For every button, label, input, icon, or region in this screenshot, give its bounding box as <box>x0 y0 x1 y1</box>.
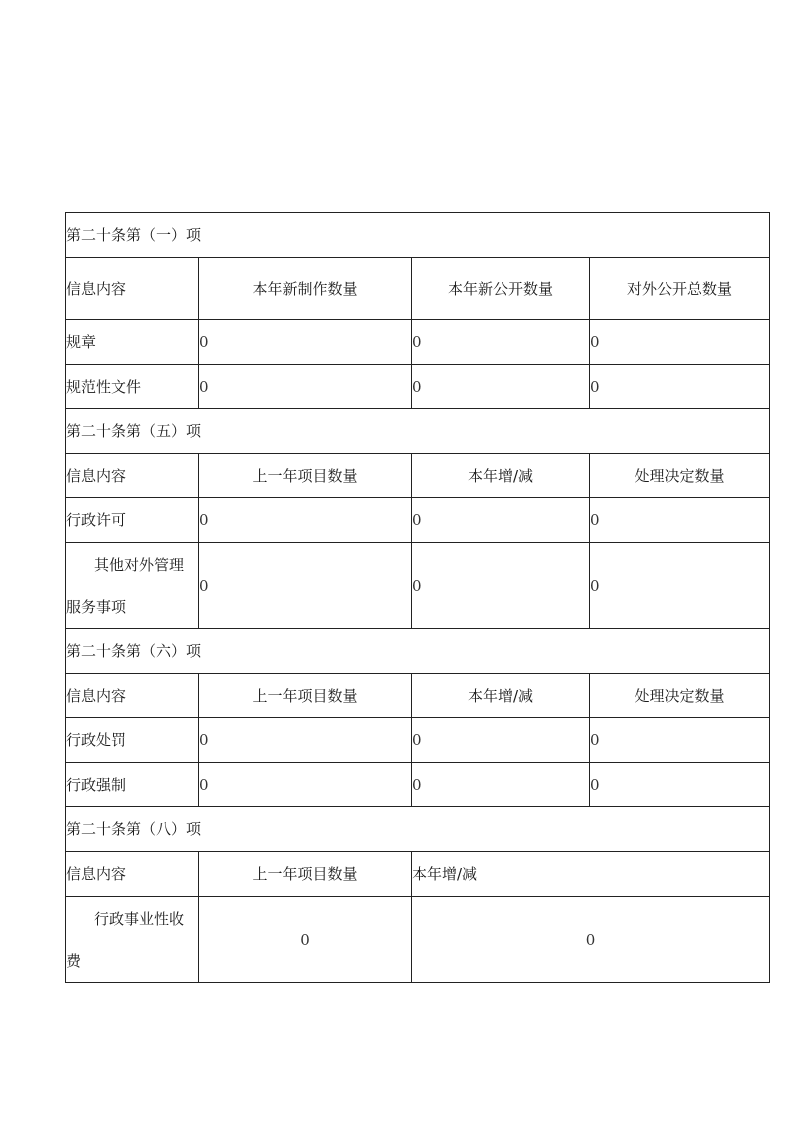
header-cell: 本年增/减 <box>412 852 770 897</box>
header-cell: 上一年项目数量 <box>199 852 412 897</box>
value-cell: 0 <box>199 320 412 365</box>
header-cell: 本年增/减 <box>412 674 590 718</box>
section-title-row: 第二十条第（八）项 <box>66 807 770 852</box>
header-row: 信息内容 上一年项目数量 本年增/减 处理决定数量 <box>66 674 770 718</box>
section-title-row: 第二十条第（五）项 <box>66 409 770 454</box>
header-row: 信息内容 上一年项目数量 本年增/减 <box>66 852 770 897</box>
value-cell: 0 <box>199 763 412 807</box>
section-title: 第二十条第（八）项 <box>66 807 770 852</box>
value-cell: 0 <box>590 320 770 365</box>
value-cell: 0 <box>199 498 412 543</box>
row-label: 规章 <box>66 320 199 365</box>
table-row: 行政处罚 0 0 0 <box>66 718 770 763</box>
row-label: 行政强制 <box>66 763 199 807</box>
header-cell: 对外公开总数量 <box>590 258 770 320</box>
row-label-line2: 费 <box>66 950 198 972</box>
header-row: 信息内容 上一年项目数量 本年增/减 处理决定数量 <box>66 454 770 498</box>
value-cell: 0 <box>412 543 590 629</box>
header-cell: 信息内容 <box>66 258 199 320</box>
header-cell: 信息内容 <box>66 674 199 718</box>
value-cell: 0 <box>412 320 590 365</box>
value-cell: 0 <box>412 365 590 409</box>
header-cell: 本年新制作数量 <box>199 258 412 320</box>
header-cell: 处理决定数量 <box>590 674 770 718</box>
value-cell: 0 <box>590 763 770 807</box>
row-label-line1: 其他对外管理 <box>66 554 198 576</box>
value-cell: 0 <box>590 718 770 763</box>
value-cell: 0 <box>412 718 590 763</box>
row-label: 行政事业性收 费 <box>66 897 199 983</box>
disclosure-statistics-table: 第二十条第（一）项 信息内容 本年新制作数量 本年新公开数量 对外公开总数量 规… <box>65 212 770 983</box>
section-title: 第二十条第（六）项 <box>66 629 770 674</box>
header-cell: 上一年项目数量 <box>199 454 412 498</box>
value-cell: 0 <box>199 365 412 409</box>
row-label: 行政许可 <box>66 498 199 543</box>
value-cell: 0 <box>412 498 590 543</box>
table-row: 行政事业性收 费 0 0 <box>66 897 770 983</box>
header-cell: 信息内容 <box>66 852 199 897</box>
section-title-row: 第二十条第（六）项 <box>66 629 770 674</box>
row-label: 其他对外管理 服务事项 <box>66 543 199 629</box>
header-row: 信息内容 本年新制作数量 本年新公开数量 对外公开总数量 <box>66 258 770 320</box>
value-cell: 0 <box>412 763 590 807</box>
value-cell: 0 <box>590 365 770 409</box>
table-row: 行政强制 0 0 0 <box>66 763 770 807</box>
value-cell: 0 <box>199 897 412 983</box>
table-row: 行政许可 0 0 0 <box>66 498 770 543</box>
value-cell: 0 <box>412 897 770 983</box>
header-cell: 本年增/减 <box>412 454 590 498</box>
row-label: 规范性文件 <box>66 365 199 409</box>
value-cell: 0 <box>199 543 412 629</box>
table-row: 规范性文件 0 0 0 <box>66 365 770 409</box>
table-row: 其他对外管理 服务事项 0 0 0 <box>66 543 770 629</box>
header-cell: 本年新公开数量 <box>412 258 590 320</box>
section-title-row: 第二十条第（一）项 <box>66 213 770 258</box>
section-title: 第二十条第（一）项 <box>66 213 770 258</box>
row-label-line1: 行政事业性收 <box>66 908 198 930</box>
header-cell: 处理决定数量 <box>590 454 770 498</box>
header-cell: 信息内容 <box>66 454 199 498</box>
row-label: 行政处罚 <box>66 718 199 763</box>
section-title: 第二十条第（五）项 <box>66 409 770 454</box>
value-cell: 0 <box>590 498 770 543</box>
value-cell: 0 <box>199 718 412 763</box>
document-page: 第二十条第（一）项 信息内容 本年新制作数量 本年新公开数量 对外公开总数量 规… <box>0 0 793 1122</box>
row-label-line2: 服务事项 <box>66 596 198 618</box>
value-cell: 0 <box>590 543 770 629</box>
header-cell: 上一年项目数量 <box>199 674 412 718</box>
table-row: 规章 0 0 0 <box>66 320 770 365</box>
